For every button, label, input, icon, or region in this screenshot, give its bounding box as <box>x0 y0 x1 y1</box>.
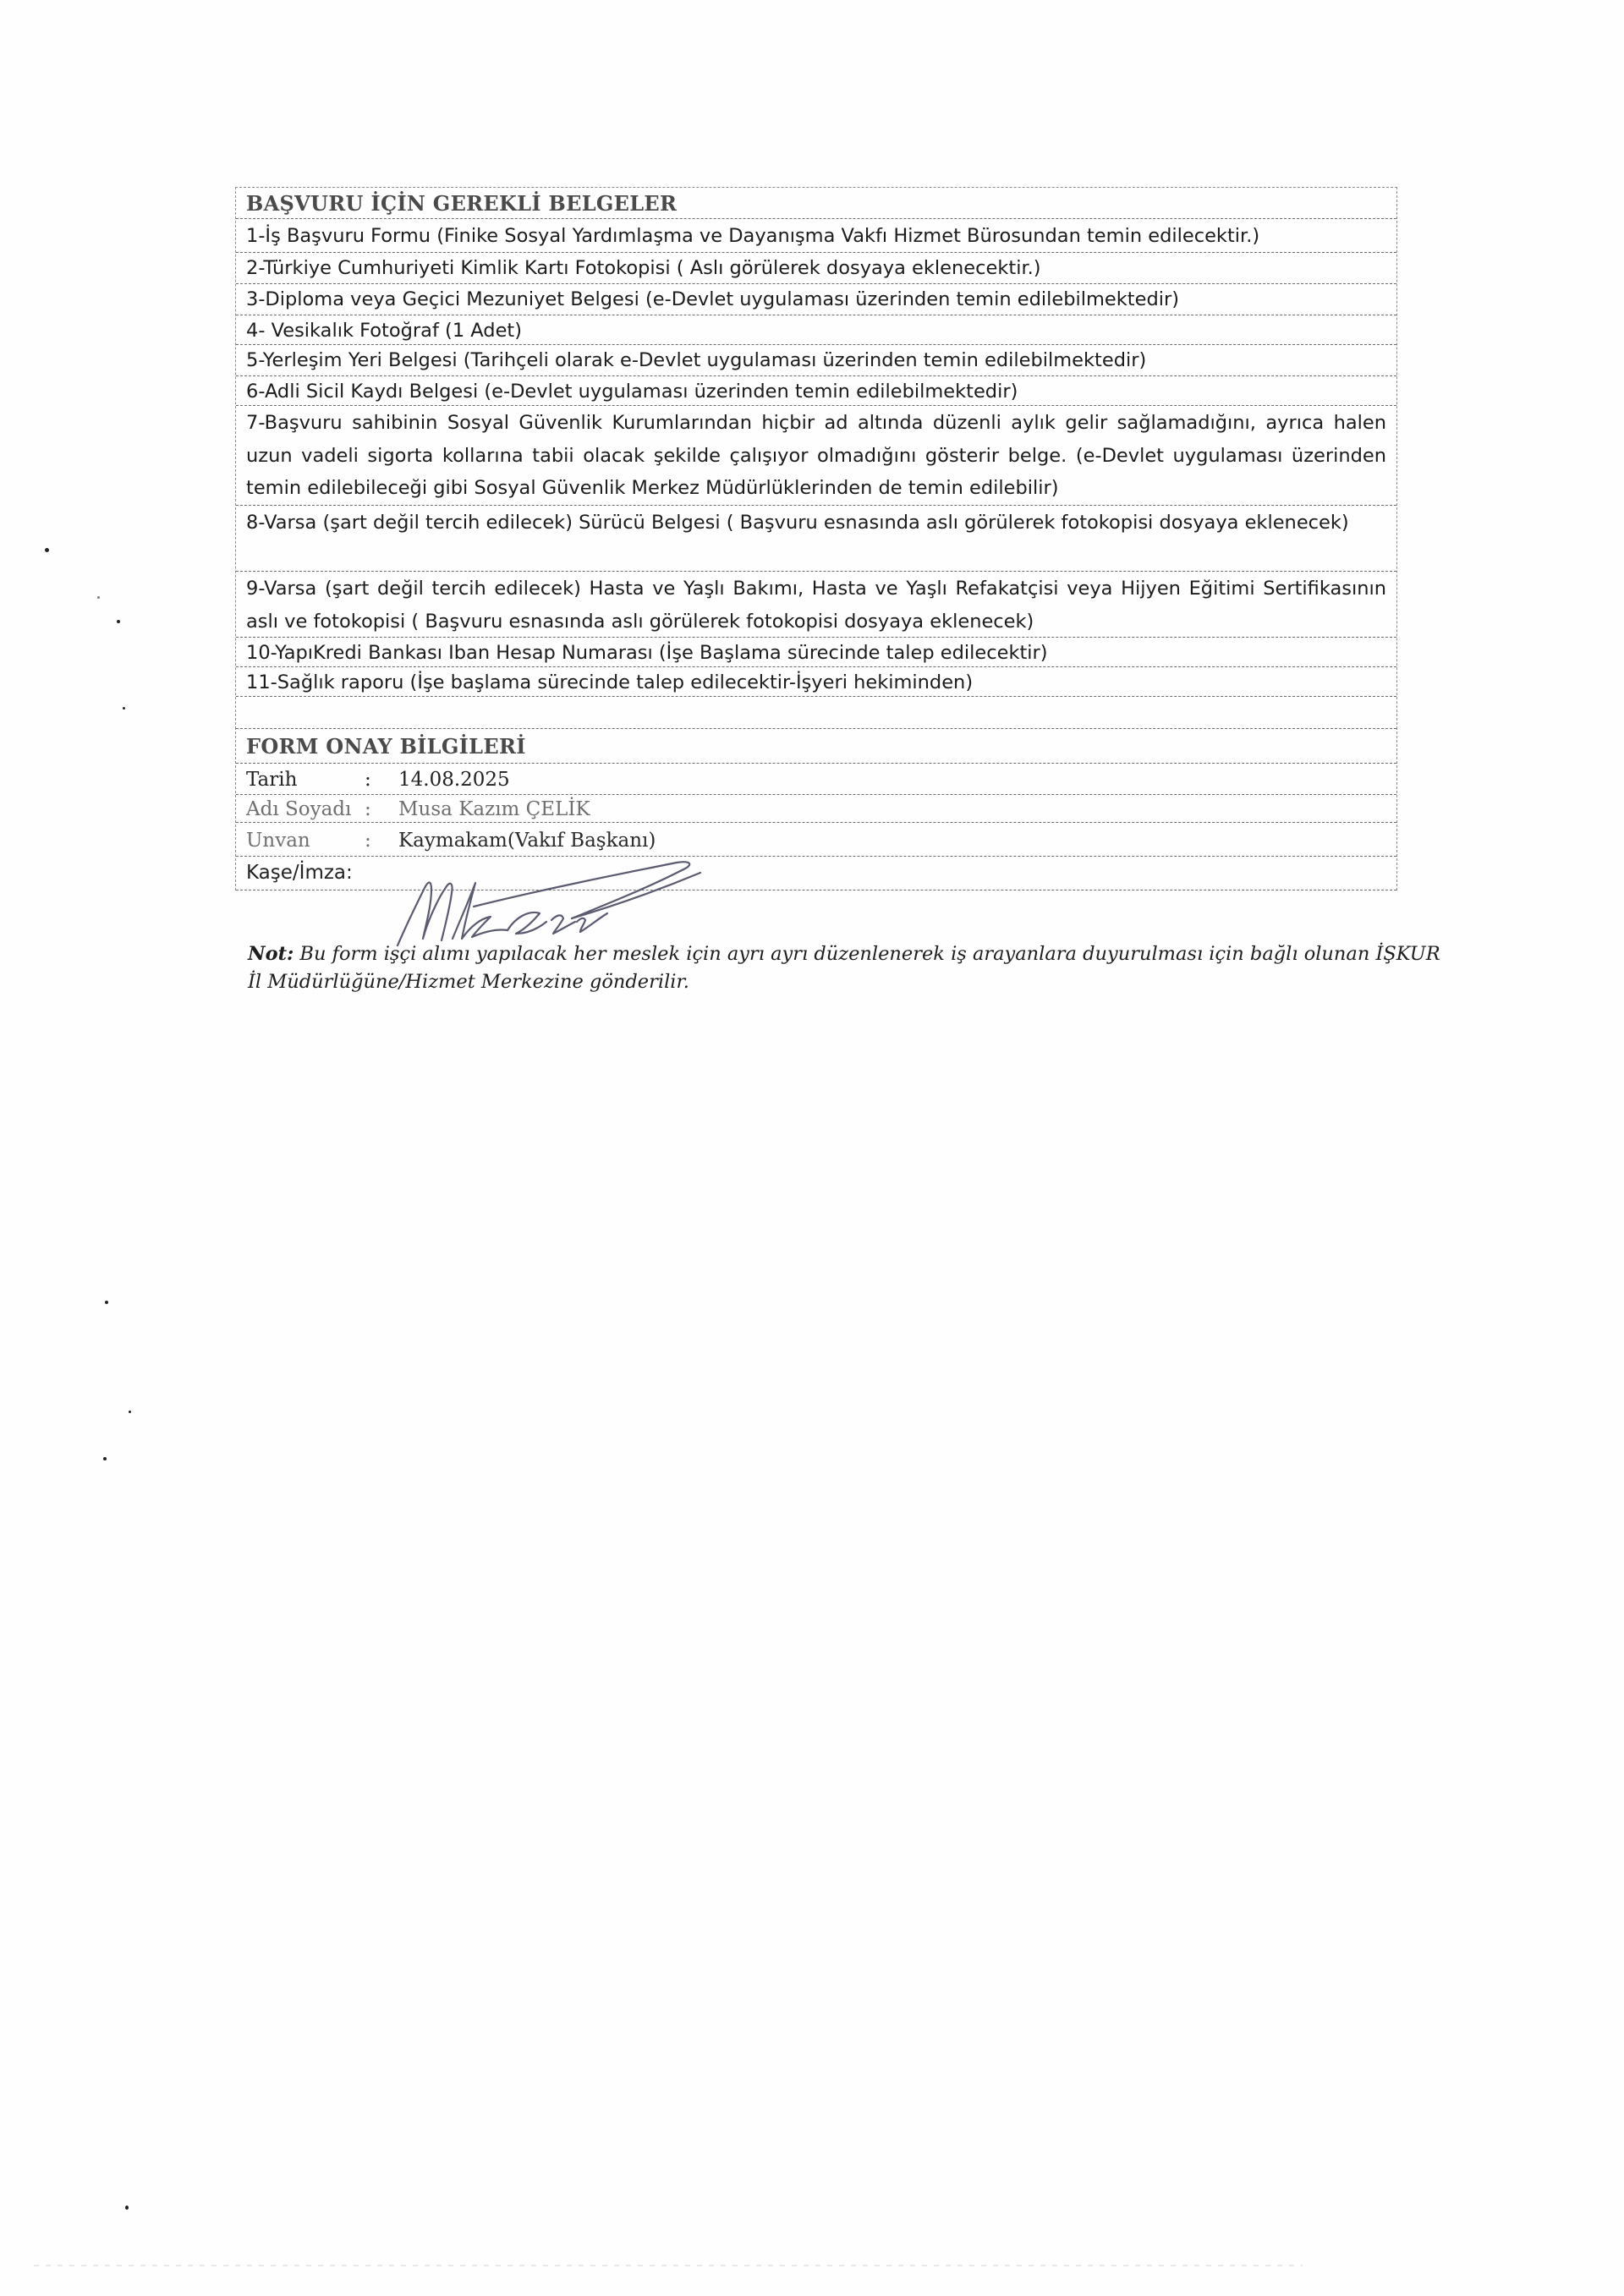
required-documents-heading: BAŞVURU İÇİN GEREKLİ BELGELER <box>236 188 1396 219</box>
scan-speck <box>117 620 120 623</box>
footnote-text: Bu form işçi alımı yapılacak her meslek … <box>248 943 1440 993</box>
scan-speck <box>123 707 125 710</box>
name-value: Musa Kazım ÇELİK <box>398 795 590 822</box>
date-field: Tarih : 14.08.2025 <box>236 764 1396 795</box>
footnote-label: Not: <box>248 943 294 965</box>
empty-row <box>236 697 1396 729</box>
scan-speck <box>125 2206 129 2210</box>
document-item: 7-Başvuru sahibinin Sosyal Güvenlik Kuru… <box>236 406 1396 506</box>
document-item: 4- Vesikalık Fotoğraf (1 Adet) <box>236 315 1396 345</box>
date-separator: : <box>365 764 398 794</box>
title-separator: : <box>365 823 398 856</box>
scan-edge-line <box>34 2265 1303 2266</box>
stamp-signature-field: Kaşe/İmza: <box>236 857 1396 890</box>
document-item: 2-Türkiye Cumhuriyeti Kimlik Kartı Fotok… <box>236 253 1396 284</box>
scanned-page: BAŞVURU İÇİN GEREKLİ BELGELER 1-İş Başvu… <box>0 0 1624 2296</box>
scan-speck <box>129 1411 131 1413</box>
name-field: Adı Soyadı : Musa Kazım ÇELİK <box>236 795 1396 823</box>
document-item: 8-Varsa (şart değil tercih edilecek) Sür… <box>236 506 1396 572</box>
footnote: Not: Bu form işçi alımı yapılacak her me… <box>248 940 1449 996</box>
form-approval-heading: FORM ONAY BİLGİLERİ <box>236 727 1396 764</box>
scan-speck <box>97 596 100 599</box>
scan-speck <box>45 548 49 552</box>
document-item: 9-Varsa (şart değil tercih edilecek) Has… <box>236 572 1396 638</box>
name-label: Adı Soyadı <box>246 795 365 822</box>
title-value: Kaymakam(Vakıf Başkanı) <box>398 823 656 856</box>
scan-speck <box>103 1457 107 1460</box>
document-item: 6-Adli Sicil Kaydı Belgesi (e-Devlet uyg… <box>236 376 1396 406</box>
required-documents-table: BAŞVURU İÇİN GEREKLİ BELGELER 1-İş Başvu… <box>235 187 1397 729</box>
date-value: 14.08.2025 <box>398 764 510 794</box>
title-field: Unvan : Kaymakam(Vakıf Başkanı) <box>236 823 1396 857</box>
scan-speck <box>105 1301 108 1304</box>
form-approval-table: FORM ONAY BİLGİLERİ Tarih : 14.08.2025 A… <box>235 727 1397 890</box>
document-item: 3-Diploma veya Geçici Mezuniyet Belgesi … <box>236 284 1396 315</box>
title-label: Unvan <box>246 823 365 856</box>
document-item: 10-YapıKredi Bankası Iban Hesap Numarası… <box>236 638 1396 667</box>
document-item: 11-Sağlık raporu (İşe başlama sürecinde … <box>236 667 1396 697</box>
document-item: 1-İş Başvuru Formu (Finike Sosyal Yardım… <box>236 219 1396 253</box>
document-item: 5-Yerleşim Yeri Belgesi (Tarihçeli olara… <box>236 345 1396 376</box>
name-separator: : <box>365 795 398 822</box>
date-label: Tarih <box>246 764 365 794</box>
stamp-signature-label: Kaşe/İmza: <box>246 857 353 890</box>
